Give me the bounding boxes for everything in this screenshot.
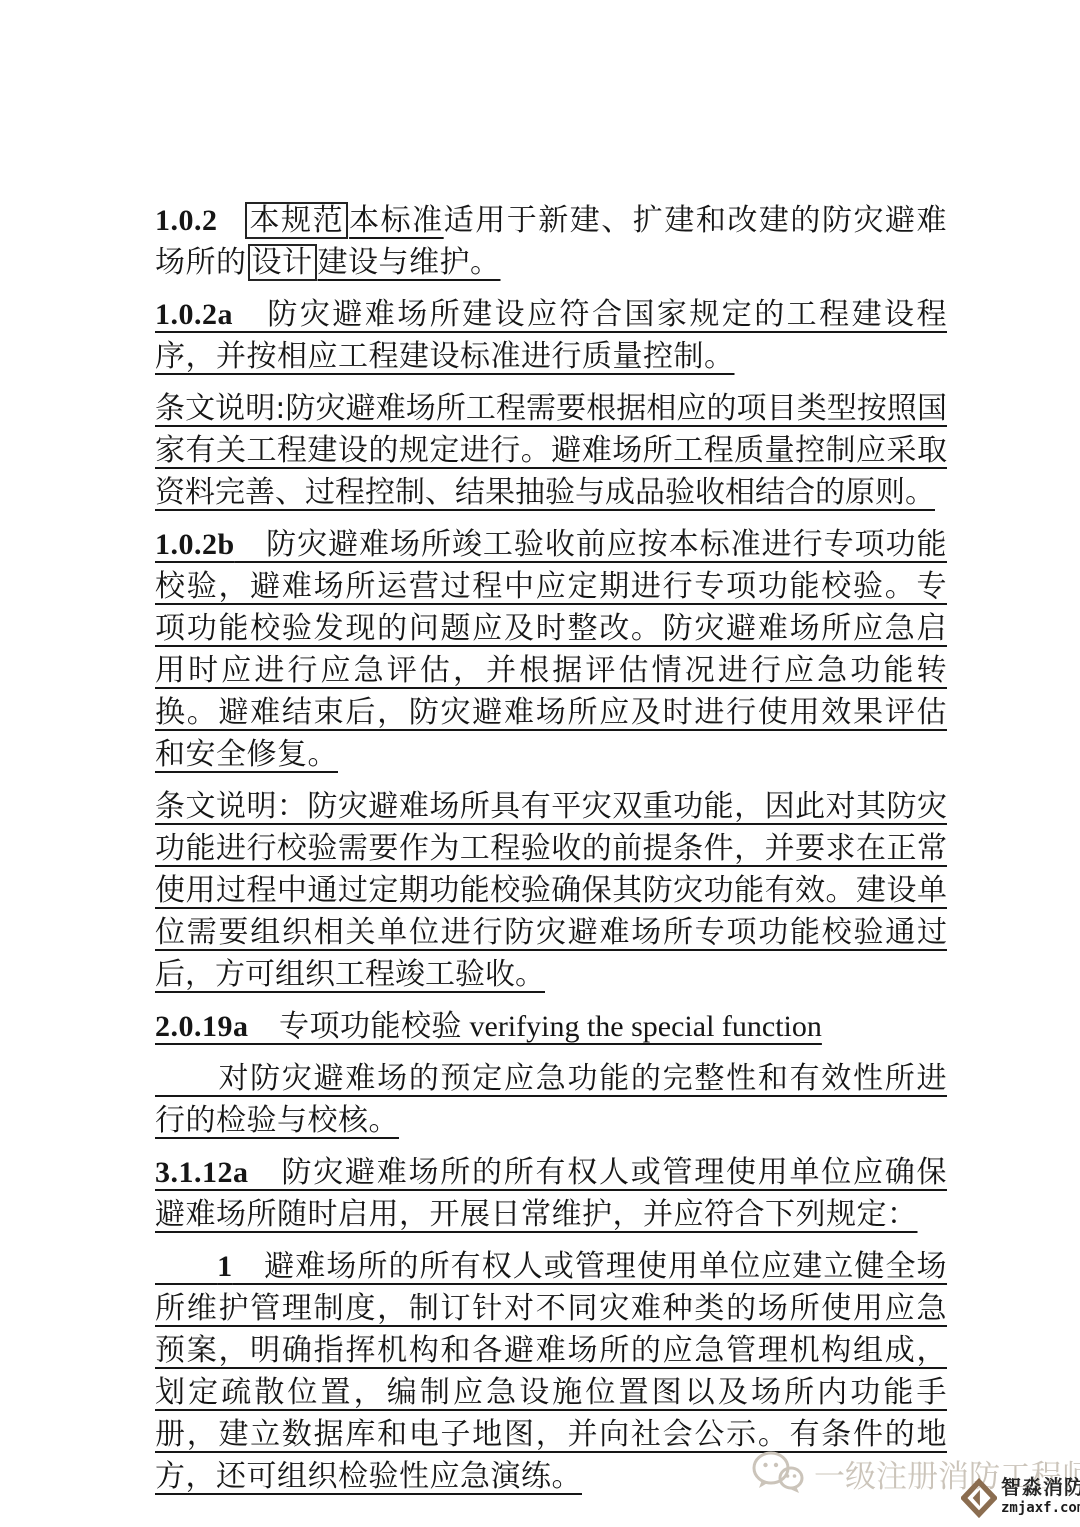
paragraph-1-0-2a: 1.0.2a 防灾避难场所建设应符合国家规定的工程建设程序，并按相应工程建设标准… xyxy=(155,294,947,378)
term-chinese: 专项功能校验 xyxy=(249,1010,463,1043)
brand-text: 智淼消防 zmjaxf.com xyxy=(1001,1478,1080,1515)
inserted-text: 防灾避难场所竣工验收前应按本标准进行专项功能校验，避难场所运营过程中应定期进行专… xyxy=(155,528,947,771)
term-heading-2-0-19a: 2.0.19a 专项功能校验 verifying the special fun… xyxy=(155,1006,947,1048)
section-number: 1.0.2a xyxy=(155,298,233,331)
commentary-1-0-2a: 条文说明:防灾避难场所工程需要根据相应的项目类型按照国家有关工程建设的规定进行。… xyxy=(155,388,947,514)
term-english: verifying the special function xyxy=(462,1010,822,1043)
brand-logo: 智淼消防 zmjaxf.com xyxy=(961,1478,1080,1518)
inserted-text: 防灾避难场所的所有权人或管理使用单位应确保避难场所随时启用，开展日常维护，并应符… xyxy=(155,1156,947,1231)
brand-name: 智淼消防 xyxy=(1001,1478,1080,1498)
section-number: 2.0.19a xyxy=(155,1010,249,1043)
paragraph-1-0-2: 1.0.2本规范本标准适用于新建、扩建和改建的防灾避难场所的设计建设与维护。 xyxy=(155,200,947,284)
paragraph-3-1-12a: 3.1.12a 防灾避难场所的所有权人或管理使用单位应确保避难场所随时启用，开展… xyxy=(155,1152,947,1236)
commentary-1-0-2b: 条文说明：防灾避难场所具有平灾双重功能，因此对其防灾功能进行校验需要作为工程验收… xyxy=(155,786,947,996)
document-content: 1.0.2本规范本标准适用于新建、扩建和改建的防灾避难场所的设计建设与维护。 1… xyxy=(155,200,947,1508)
section-number: 1.0.2 xyxy=(155,204,218,237)
deleted-text: 设计 xyxy=(248,244,317,281)
inserted-text: 本标准 xyxy=(349,204,444,237)
wechat-icon xyxy=(752,1450,804,1496)
document-page: 1.0.2本规范本标准适用于新建、扩建和改建的防灾避难场所的设计建设与维护。 1… xyxy=(0,0,1080,1527)
term-definition: 对防灾避难场的预定应急功能的完整性和有效性所进行的检验与校核。 xyxy=(155,1058,947,1142)
zhimiao-logo-icon xyxy=(961,1478,997,1518)
item-number: 1 xyxy=(217,1250,233,1283)
paragraph-1-0-2b: 1.0.2b 防灾避难场所竣工验收前应按本标准进行专项功能校验，避难场所运营过程… xyxy=(155,524,947,776)
indent xyxy=(155,1250,217,1283)
deleted-text: 本规范 xyxy=(245,202,349,239)
inserted-text: 防灾避难场所建设应符合国家规定的工程建设程序，并按相应工程建设标准进行质量控制。 xyxy=(155,298,947,373)
section-number: 3.1.12a xyxy=(155,1156,249,1189)
inserted-text: 建设与维护。 xyxy=(318,246,501,279)
brand-domain: zmjaxf.com xyxy=(1001,1501,1080,1515)
section-number: 1.0.2b xyxy=(155,528,235,561)
